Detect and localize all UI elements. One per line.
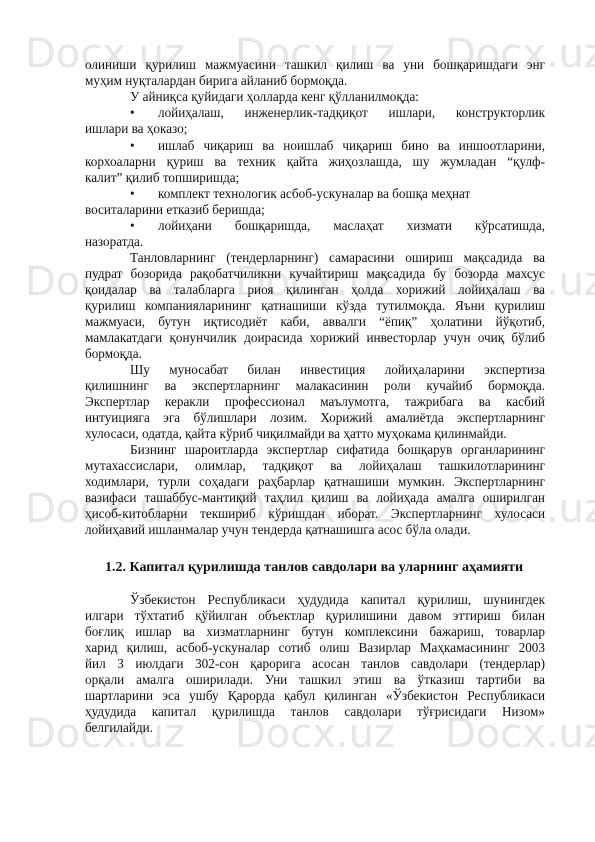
paragraph-line: қурилиш компанияларининг қатнашиши кўзда… (85, 298, 545, 313)
bullet-item: • ишлаб чиқариш ва ноишлаб чиқариш бино … (130, 138, 545, 153)
paragraph-line: Шу муносабат билан инвестиция лойиҳалари… (130, 362, 545, 377)
bullet-item: • лойиҳалаш, инженерлик-тадқиқот ишлари,… (130, 105, 545, 120)
paragraph-line: Бизнинг шароитларда экспертлар сифатида … (130, 442, 545, 457)
paragraph-line: хулосаси, одатда, қайта кўриб чиқилмайди… (85, 426, 545, 441)
bullet-text: лойиҳалаш, инженерлик-тадқиқот ишлари, к… (158, 105, 545, 120)
paragraph-line: Экспертлар керакли профессионал маълумот… (85, 394, 545, 409)
paragraph-line: пудрат бозорида рақобатчиликни кучайтири… (85, 266, 545, 281)
paragraph-line: Ўзбекистон Республикаси ҳудудида капитал… (130, 592, 545, 607)
paragraph-line: боғлиқ ишлар ва хизматларнинг бутун комп… (85, 624, 545, 639)
bullet-item: • комплект технологик асбоб-ускуналар ва… (130, 186, 545, 201)
bullet-icon: • (130, 186, 135, 201)
paragraph-line: ҳисоб-китобларни текшириб кўришдан ибора… (85, 506, 545, 521)
paragraph-line: қилишнинг ва экспертларнинг малакасинин … (85, 378, 545, 393)
bullet-text: комплект технологик асбоб-ускуналар ва б… (158, 186, 545, 201)
paragraph-line: У айниқса қуйидаги ҳолларда кенг қўллани… (130, 89, 545, 104)
paragraph-line: калит” қилиб топширишда; (85, 170, 545, 185)
paragraph-line: мамлакатдаги қонунчилик доирасида хорижи… (85, 330, 545, 345)
paragraph-line: вазифаси ташаббус-мантиқий таҳлил қилиш … (85, 490, 545, 505)
paragraph-line: корхоаларни қуриш ва техник қайта жиҳозл… (85, 154, 545, 169)
paragraph-line: лойиҳавий ишланмалар учун тендерда қатна… (85, 522, 545, 537)
paragraph-line: интуицияга эга бўлишлари лозим. Хорижий … (85, 410, 545, 425)
paragraph-line: муҳим нуқталардан бирига айланиб бормоқд… (85, 73, 545, 88)
bullet-icon: • (130, 218, 135, 233)
bullet-text: лойиҳани бошқаришда, маслаҳат хизмати кў… (158, 218, 545, 233)
bullet-icon: • (130, 105, 135, 120)
paragraph-line: мажмуаси, бутун иқтисодиёт каби, аввалги… (85, 314, 545, 329)
bullet-item: • лойиҳани бошқаришда, маслаҳат хизмати … (130, 218, 545, 233)
bullet-text: ишлаб чиқариш ва ноишлаб чиқариш бино ва… (158, 138, 545, 153)
paragraph-line: мутахассислари, олимлар, тадқиқот ва лой… (85, 458, 545, 473)
bullet-icon: • (130, 138, 135, 153)
paragraph-line: назоратда. (85, 234, 545, 249)
paragraph-line: белгилайди. (85, 720, 545, 735)
paragraph-line: шартларини эса ушбу Қарорда қабул қилинг… (85, 688, 545, 703)
paragraph-line: илгари тўхтатиб қўйилган объектлар қурил… (85, 608, 545, 623)
paragraph-line: ишлари ва ҳоказо; (85, 121, 545, 136)
paragraph-line: ходимлари, турли соҳадаги раҳбарлар қатн… (85, 474, 545, 489)
paragraph-line: қоидалар ва талабларга риоя қилинган ҳол… (85, 282, 545, 297)
paragraph-line: олиниши қурилиш мажмуасини ташкил қилиш … (85, 57, 545, 72)
paragraph-line: бормоқда. (85, 346, 545, 361)
document-page: олиниши қурилиш мажмуасини ташкил қилиш … (0, 0, 595, 842)
paragraph-line: воситаларини етказиб беришда; (85, 202, 545, 217)
section-heading: 1.2. Капитал қурилишда танлов савдолари … (105, 560, 545, 576)
paragraph-line: Танловларнинг (тендерларнинг) самарасини… (130, 250, 545, 265)
paragraph-line: ҳудудида капитал қурилишда танлов савдол… (85, 704, 545, 719)
paragraph-line: йил 3 июлдаги 302-сон қарорига асосан та… (85, 656, 545, 671)
paragraph-line: харид қилиш, асбоб-ускуналар сотиб олиш … (85, 640, 545, 655)
paragraph-line: орқали амалга оширилади. Уни ташкил этиш… (85, 672, 545, 687)
